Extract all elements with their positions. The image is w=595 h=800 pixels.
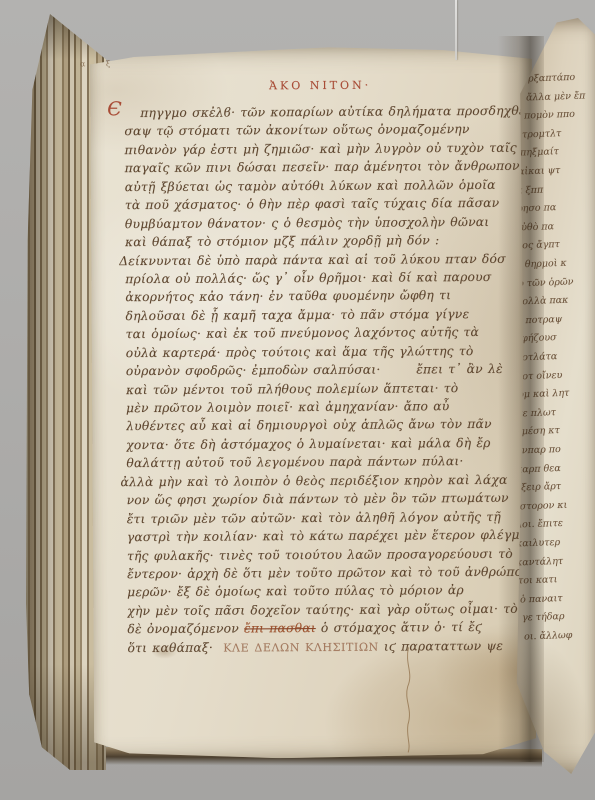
manuscript-line: πηγγμο σκἐλϐ· τῶν κοπαρίων αὐτίκα δηλήμα… <box>124 102 520 123</box>
manuscript-page: α ξ ἀκο νιτον· Є πηγγμο σκἐλϐ· τῶν κοπαρ… <box>90 45 536 760</box>
facing-leaf-line: καιλυτερ <box>516 536 595 550</box>
facing-leaf-line: καντάλητ <box>516 554 595 568</box>
facing-leaf-line: λοι. ἔπιτε <box>516 517 595 531</box>
facing-leaf-line: ἀ ξππ <box>516 182 595 196</box>
manuscript-line: αὐτῇ ξβύεται ὡς ταμὸν αὐτόθι λύκων καὶ π… <box>125 175 521 196</box>
hanging-thread <box>455 0 457 60</box>
manuscript-line: δηλοῦσαι δὲ ᾗ καμῆ ταχα ἄμμα· τὸ πᾶν στό… <box>125 305 521 326</box>
manuscript-line: πιθανὸν γάρ ἐστι μὴ ζημιῶσ· καὶ μὴν λυγρ… <box>124 139 520 160</box>
manuscript-line: δὲ ὀνομαζόμενον ἔπι πασθαι ὁ στόμαχος ἅτ… <box>127 618 523 639</box>
manuscript-line: μερῶν· ἔξ δὲ ὁμοίως καὶ τοῦτο πύλας τὸ μ… <box>127 581 523 602</box>
facing-leaf-line: οι. ἄλλωφ <box>524 629 595 643</box>
parchment-flaw <box>396 644 427 756</box>
facing-leaf-line: πολλὰ πακ <box>516 294 595 308</box>
facing-leaf-line: ὁ παναιτ <box>520 591 595 605</box>
facing-leaf-line: πηξμαίτ <box>520 145 595 159</box>
manuscript-photo: α ξ ἀκο νιτον· Є πηγγμο σκἐλϐ· τῶν κοπαρ… <box>0 0 595 800</box>
facing-leaf-line: ἱστορον κι <box>516 498 595 512</box>
facing-leaf-line: φησο πα <box>516 201 595 215</box>
manuscript-line: καὶ θάπαξ τὸ στόμιον μζξ πάλιν χορδῇ μὴ … <box>125 231 521 252</box>
facing-leaf-line: ρξαπτάπο <box>528 71 595 85</box>
facing-leaf-line: ποτ οἴνευ <box>516 368 595 382</box>
manuscript-line: ὅτι καθάπαξ· ΚΛΕ ΔΕΛΩΝ ΚΛΗΣΙΤΙΩΝ ιϛ παρα… <box>127 636 523 657</box>
facing-leaf-line: ωμ καὶ λητ <box>516 387 595 401</box>
manuscript-line: παγαῖς κῶν πινι δώσαι πεσεῖν· παρ ἀμένητ… <box>125 157 521 178</box>
facing-leaf-line: ἔξειρ ἄρτ <box>516 480 595 494</box>
manuscript-line: θυμβύαμτον θάνατον· ς ὁ θεσμὸς τὴν ὑποσχ… <box>125 212 521 233</box>
manuscript-line: ἔντερον· ἀρχὴ δὲ ὅτι μὲν τοῦτο πρῶτον κα… <box>127 563 523 584</box>
facing-leaf-line: ἄλλα μὲν ἔπ <box>526 89 595 103</box>
manuscript-line: λυθέντες αὖ καὶ αἱ δημιουργοὶ οὐχ ἁπλῶς … <box>126 415 522 436</box>
facing-leaf-line: ὁ θηρμοὶ κ <box>516 257 595 271</box>
facing-leaf-line: ὑμέση κτ <box>516 424 595 438</box>
facing-leaf-line: τρομτλτ <box>522 126 595 140</box>
manuscript-line: τῆς φυλακῆς· τινὲς τοῦ τοιούτου λαῶν προ… <box>127 544 523 565</box>
facing-leaf-line: αἰκαι ψτ <box>518 164 595 178</box>
chapter-heading-rubric: ἀκο νιτον· <box>124 78 516 93</box>
manuscript-line: οὐλὰ καρτερά· πρὸς τούτοις καὶ ἅμα τῆς γ… <box>126 341 522 362</box>
facing-leaf-line: εὐθὸ πα <box>516 219 595 233</box>
facing-leaf-line: γε τήδαρ <box>522 610 595 624</box>
facing-leaf-line: πομὸν ππο <box>524 108 595 122</box>
manuscript-line: γαστρὶ τὴν κοιλίαν· καὶ τὸ κάτω παρέχει … <box>127 526 523 547</box>
manuscript-line: χοντα· ὅτε δὴ ἀστόμαχος ὁ λυμαίνεται· κα… <box>126 434 522 455</box>
manuscript-line: πρίολα οὐ πολλάς· ὥς γ᾽ οἷν θρῆμοι· καὶ … <box>125 268 521 289</box>
manuscript-line: οὐρανὸν σφοδρῶς· ἐμποδὼν σαλπύσαι· ἔπει … <box>126 360 522 381</box>
facing-leaf-line: ὄνπαρ πο <box>516 443 595 457</box>
manuscript-line: ἔτι τριῶν μὲν τῶν αὐτῶν· καὶ τὸν ἀληθῆ λ… <box>127 507 523 528</box>
facing-leaf-line: ὡ τῶν ὁρῶν <box>516 275 595 289</box>
text-block: πηγγμο σκἐλϐ· τῶν κοπαρίων αὐτίκα δηλήμα… <box>124 102 523 658</box>
rubric-initial: Є <box>107 100 122 119</box>
facing-leaf-line: τοι κατι <box>518 573 595 587</box>
manuscript-line: τὰ ποῦ χάσματος· ὁ θὴν πὲρ φασὶ ταῖς τύχ… <box>125 194 521 215</box>
manuscript-line: ται ὁμοίως· καὶ ἐκ τοῦ πνεύμονος λαχόντο… <box>126 323 522 344</box>
manuscript-line: νον ὥς φησι χωρίον διὰ πάντων τὸ μὲν ὂν … <box>127 489 523 510</box>
facing-leaf-line: καρπ θεα <box>516 461 595 475</box>
manuscript-line: χὴν μὲν τοῖς πᾶσι δοχεῖον ταύτης· καὶ γὰ… <box>127 600 523 621</box>
facing-leaf-line: ἅ ποτραψ <box>516 312 595 326</box>
manuscript-line: μὲν πρῶτον λοιμὸν ποιεῖ· καὶ ἀμηχανίαν· … <box>126 397 522 418</box>
manuscript-line: ἀλλὰ μὴν καὶ τὸ λοιπὸν ὁ θεὸς περιδέξιον… <box>120 470 522 491</box>
facing-leaf-line: μος ἄγπτ <box>516 238 595 252</box>
manuscript-line: θαλάττῃ αὐτοῦ τοῦ λεγομένου παρὰ πάντων … <box>126 452 522 473</box>
facing-leaf-line: μοτλάτα <box>516 350 595 364</box>
manuscript-line: Δείκνυνται δὲ ὑπὸ παρὰ πάντα καὶ αἱ τοῦ … <box>119 249 521 270</box>
quire-mark: α ξ <box>80 59 119 68</box>
manuscript-line: σαψ τῷ στόματι τῶν ἀκονίτων οὕτως ὀνομαζ… <box>124 120 520 141</box>
manuscript-line: καὶ τῶν μέντοι τοῦ πλήθους πολεμίων ἅπτε… <box>126 378 522 399</box>
facing-leaf-line: ἐφήζουσ <box>516 331 595 345</box>
facing-leaf-line: σε πλωτ <box>516 405 595 419</box>
manuscript-line: ἀκορνήτος κἀο τάνη· ἐν ταῦθα φυομένην ὤφ… <box>125 286 521 307</box>
